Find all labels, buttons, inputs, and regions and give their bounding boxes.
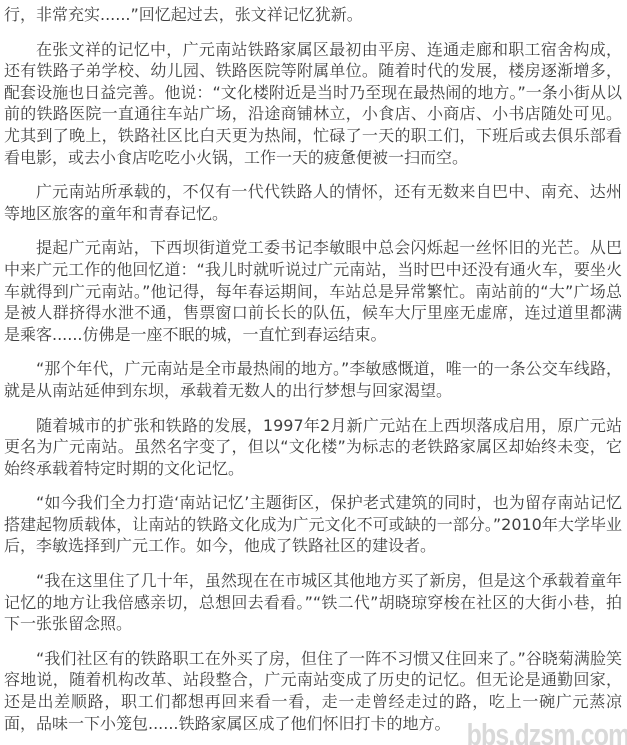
paragraph: 提起广元南站，下西坝街道党工委书记李敏眼中总会闪烁起一丝怀旧的光芒。从巴中来广元… [4, 237, 622, 345]
paragraph: “我在这里住了几十年，虽然现在在市城区其他地方买了新房，但是这个承载着童年记忆的… [4, 570, 622, 635]
paragraph: “如今我们全力打造‘南站记忆’主题街区，保护老式建筑的同时，也为留存南站记忆搭建… [4, 492, 622, 557]
article-body: 行，非常充实......”回忆起过去，张文祥记忆犹新。 在张文祥的记忆中，广元南… [0, 0, 627, 734]
paragraph: 广元南站所承载的，不仅有一代代铁路人的情怀，还有无数来自巴中、南充、达州等地区旅… [4, 181, 622, 224]
paragraph: 随着城市的扩张和铁路的发展，1997年2月新广元站在上西坝落成启用，原广元站更名… [4, 415, 622, 480]
paragraph: “我们社区有的铁路职工在外买了房，但住了一阵不习惯又住回来了。”谷晓菊满脸笑容地… [4, 648, 622, 734]
paragraph: “那个年代，广元南站是全市最热闹的地方。”李敏感慨道，唯一的一条公交车线路，就是… [4, 358, 622, 401]
paragraph: 在张文祥的记忆中，广元南站铁路家属区最初由平房、连通走廊和职工宿舍构成，还有铁路… [4, 39, 622, 169]
paragraph-continuation: 行，非常充实......”回忆起过去，张文祥记忆犹新。 [4, 4, 622, 26]
